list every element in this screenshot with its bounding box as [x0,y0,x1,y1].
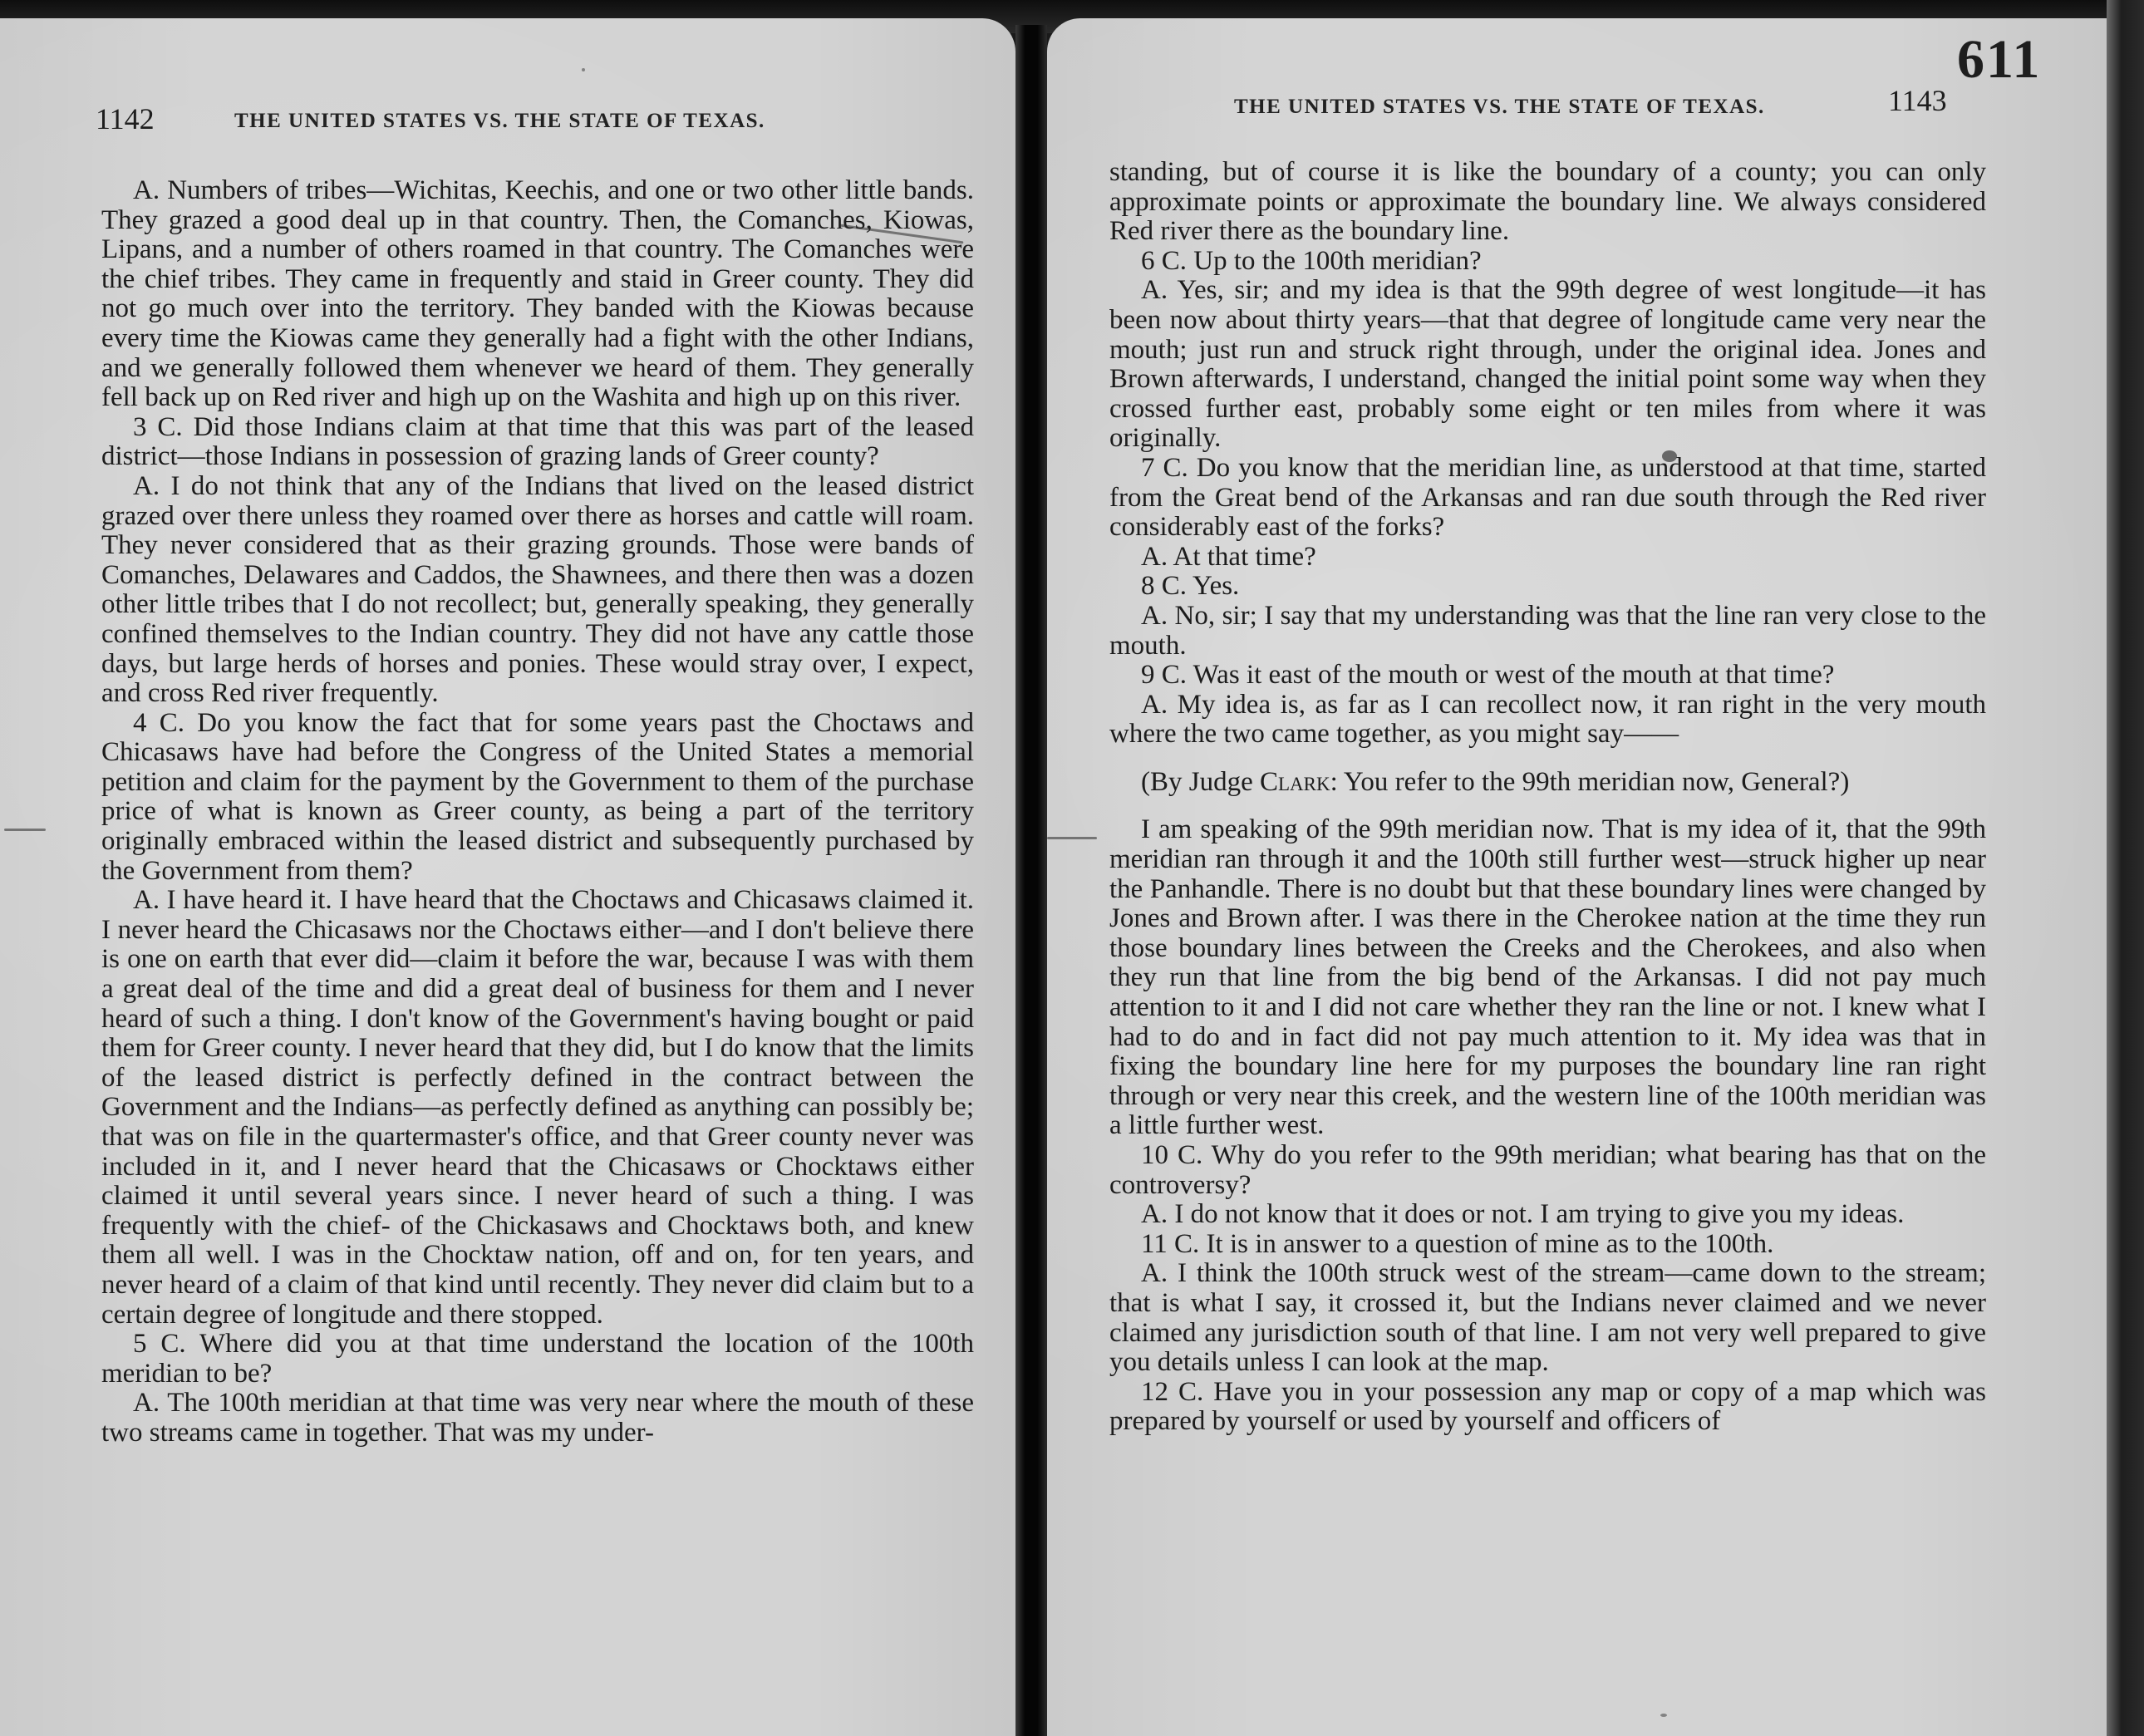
speck [582,68,585,71]
question-9c: 9 C. Was it east of the mouth or west of… [1109,661,1986,691]
scan-border-right [2107,0,2144,1736]
answer-paragraph: A. I think the 100th struck west of the … [1109,1259,1986,1377]
left-page-number: 1142 [96,101,155,136]
judge-prefix: (By Judge [1141,767,1260,797]
answer-paragraph: I am speaking of the 99th meridian now. … [1109,815,1986,1141]
speck [432,540,437,545]
right-running-head: THE UNITED STATES VS. THE STATE OF TEXAS… [1234,96,1765,119]
judge-interjection: (By Judge Clark: You refer to the 99th m… [1109,768,1986,798]
question-7c: 7 C. Do you know that the meridian line,… [1109,454,1986,543]
right-page-body: standing, but of course it is like the b… [1109,158,1986,1437]
answer-paragraph: A. Numbers of tribes—Wichitas, Keechis, … [101,176,974,413]
question-3c: 3 C. Did those Indians claim at that tim… [101,413,974,472]
left-running-head: THE UNITED STATES VS. THE STATE OF TEXAS… [234,110,765,133]
answer-paragraph: A. I have heard it. I have heard that th… [101,886,974,1330]
stamped-page-number: 611 [1957,28,2041,91]
right-page-number: 1143 [1888,83,1947,118]
judge-suffix: : You refer to the 99th meridian now, Ge… [1330,767,1850,797]
question-12c: 12 C. Have you in your possession any ma… [1109,1378,1986,1437]
answer-paragraph: A. No, sir; I say that my understanding … [1109,602,1986,661]
margin-mark [4,829,46,831]
judge-name: Clark [1260,767,1330,797]
question-8c: 8 C. Yes. [1109,572,1986,602]
question-4c: 4 C. Do you know the fact that for some … [101,709,974,887]
answer-paragraph: A. Yes, sir; and my idea is that the 99t… [1109,276,1986,454]
question-6c: 6 C. Up to the 100th meridian? [1109,247,1986,277]
margin-mark [1047,837,1097,839]
answer-paragraph: A. My idea is, as far as I can recollect… [1109,691,1986,750]
answer-paragraph: A. The 100th meridian at that time was v… [101,1389,974,1448]
answer-continuation: standing, but of course it is like the b… [1109,158,1986,247]
answer-paragraph: A. I do not know that it does or not. I … [1109,1200,1986,1230]
ink-blot [1662,450,1677,462]
question-10c: 10 C. Why do you refer to the 99th merid… [1109,1141,1986,1200]
question-11c: 11 C. It is in answer to a question of m… [1109,1230,1986,1260]
speck [1660,1714,1667,1717]
left-page-body: A. Numbers of tribes—Wichitas, Keechis, … [101,176,974,1448]
left-page: 1142 THE UNITED STATES VS. THE STATE OF … [0,18,1015,1736]
answer-paragraph: A. I do not think that any of the Indian… [101,472,974,709]
question-5c: 5 C. Where did you at that time understa… [101,1330,974,1389]
book-gutter [1015,25,1047,1736]
right-page: 611 THE UNITED STATES VS. THE STATE OF T… [1047,18,2107,1736]
answer-paragraph: A. At that time? [1109,543,1986,573]
